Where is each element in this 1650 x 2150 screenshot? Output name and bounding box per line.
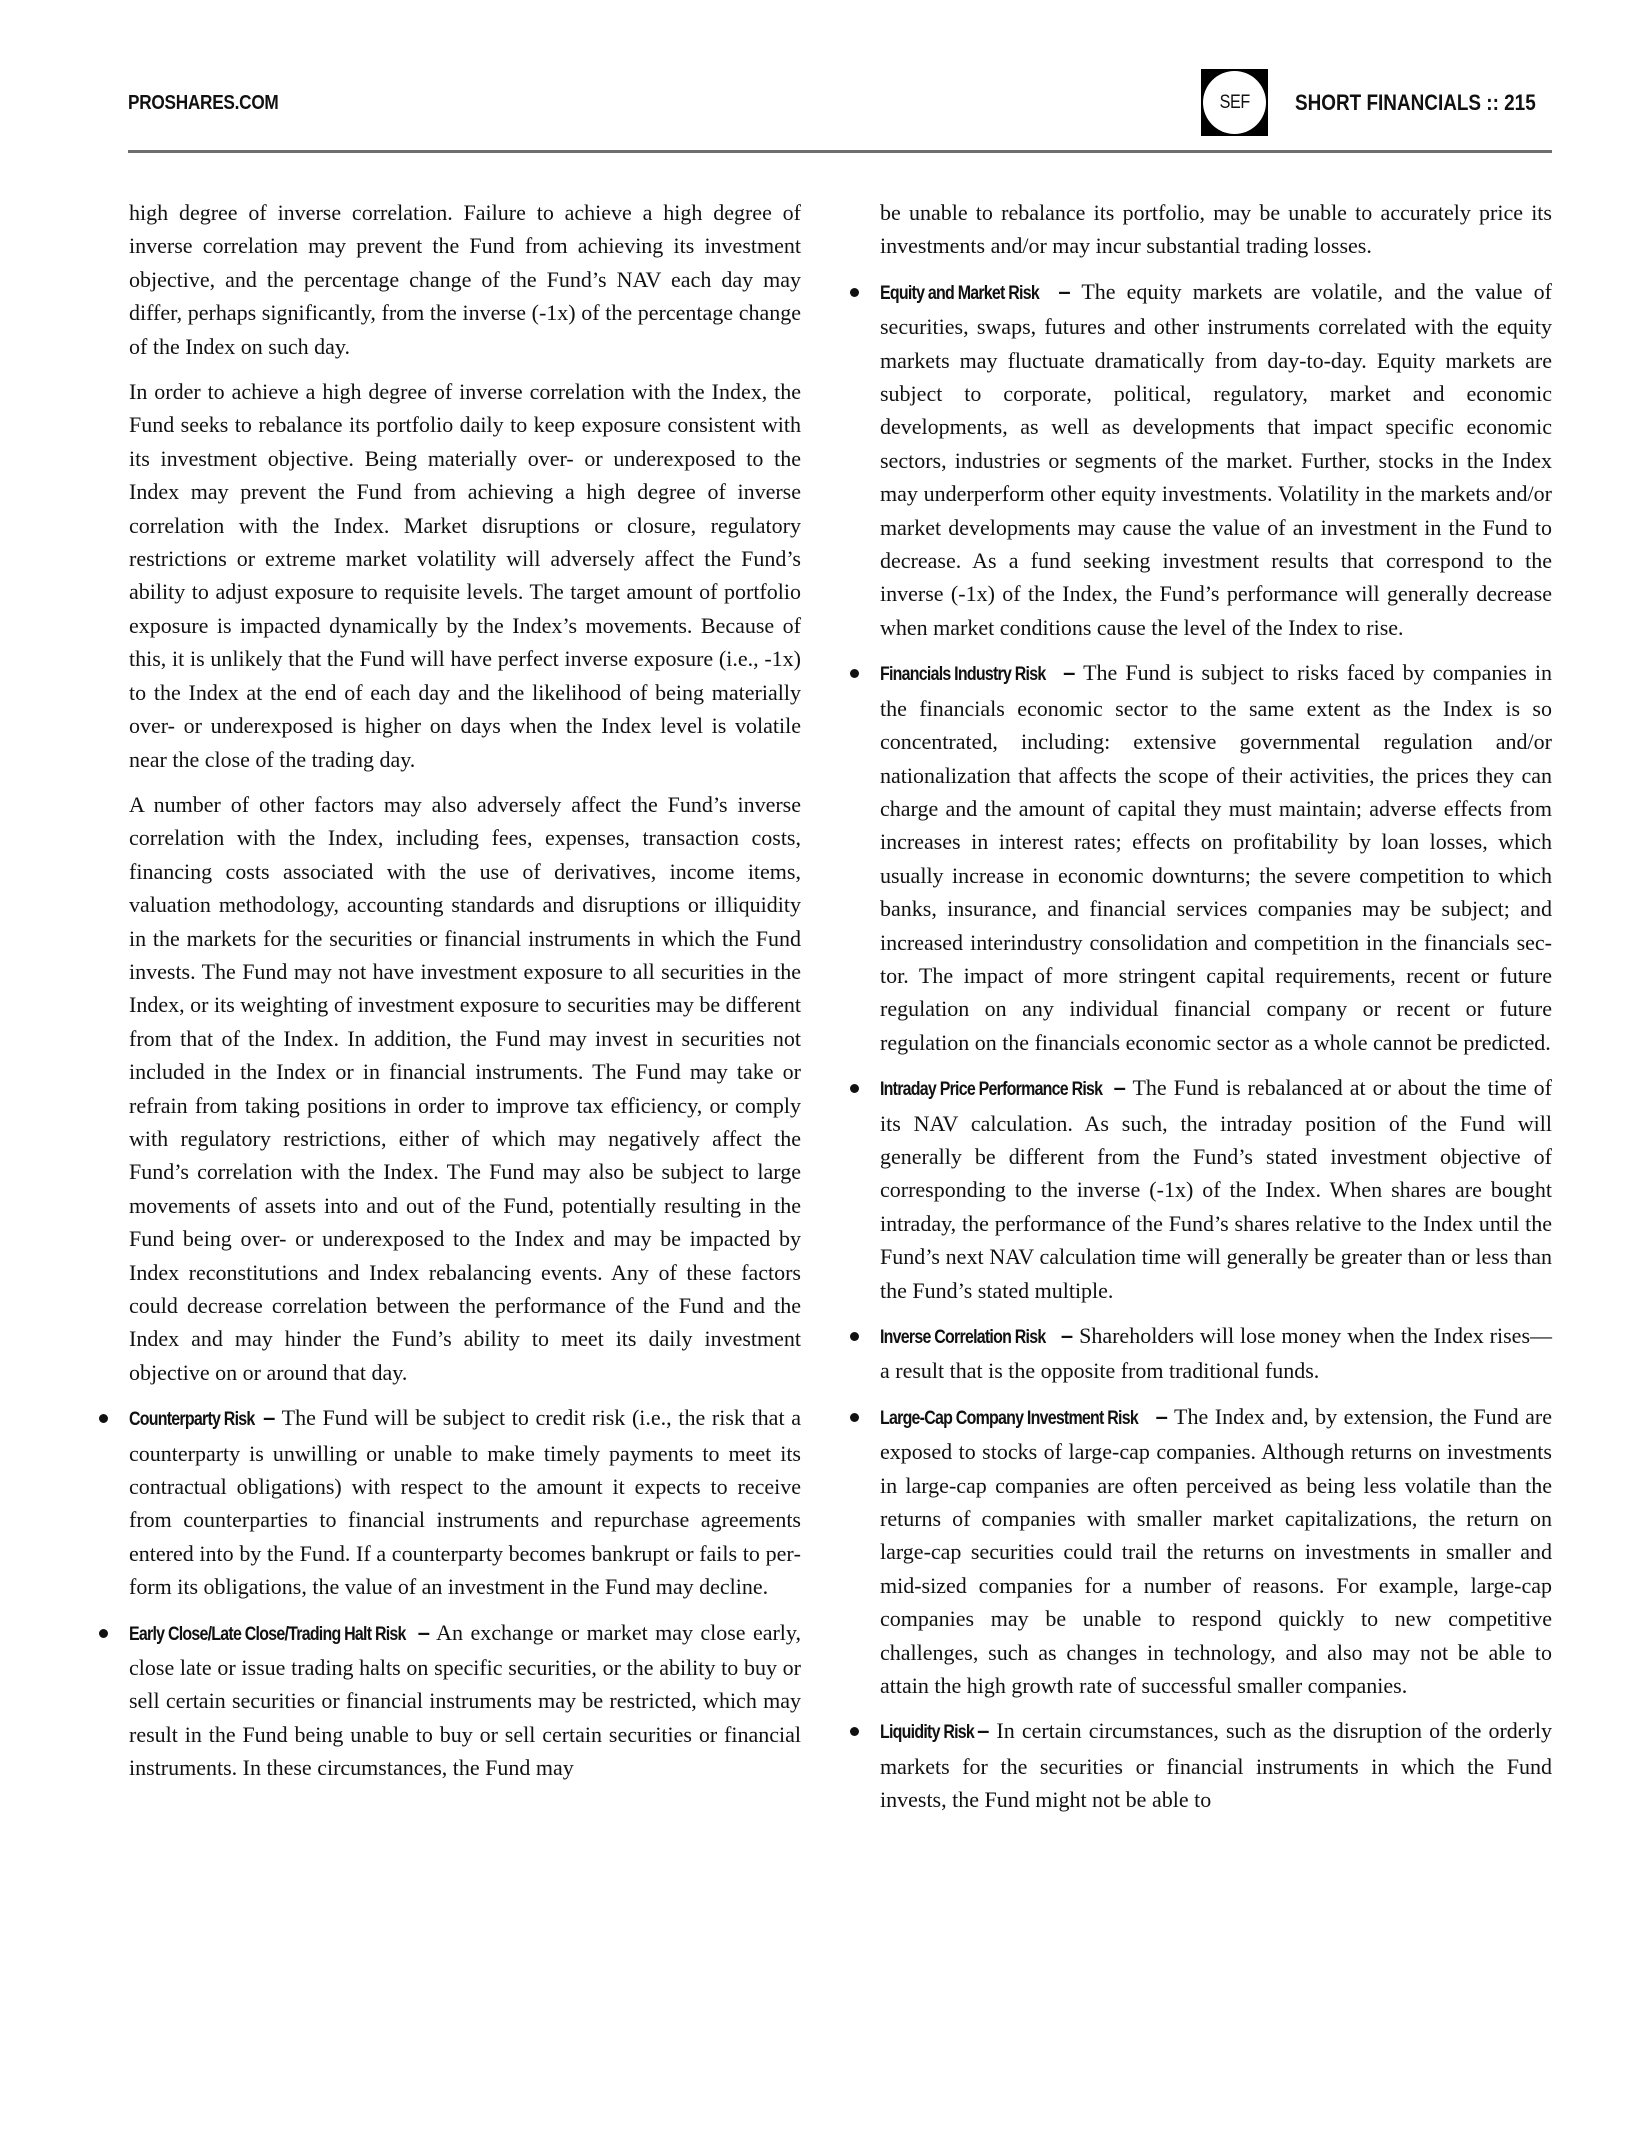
site-name: PROSHARES.COM [128, 92, 279, 115]
risk-text: The equity markets are volatile, and the… [880, 279, 1552, 640]
risk-item-financials-industry: Financials Industry Risk – The Fund is s… [880, 656, 1552, 1059]
risk-text: The Index and, by extension, the Fund ar… [880, 1404, 1552, 1698]
bullet-icon [99, 1414, 108, 1423]
page-title: SHORT FINANCIALS :: 215 [1295, 90, 1536, 116]
paragraph: high degree of inverse correlation. Fail… [129, 196, 801, 363]
bullet-icon [99, 1629, 108, 1638]
risk-text: The Fund is subject to risks faced by co… [880, 660, 1552, 1054]
header-divider [128, 150, 1552, 153]
bullet-icon [850, 288, 859, 297]
logo-ticker-text: SEF [1219, 92, 1249, 114]
dash-separator: – [1063, 660, 1075, 685]
dash-separator: – [1058, 279, 1070, 304]
risk-item-inverse-correlation: Inverse Correlation Risk – Shareholders … [880, 1319, 1552, 1388]
risk-item-counterparty: Counterparty Risk – The Fund will be sub… [129, 1401, 801, 1603]
risk-label: Financials Industry Risk [880, 658, 1045, 691]
risk-label: Early Close/Late Close/Trading Halt Risk [129, 1618, 406, 1651]
bullet-icon [850, 669, 859, 678]
risk-label: Intraday Price Performance Risk [880, 1073, 1102, 1106]
dash-separator: – [263, 1405, 275, 1430]
risk-text: The Fund is rebalanced at or about the t… [880, 1075, 1552, 1302]
risk-label: Inverse Correlation Risk [880, 1321, 1045, 1354]
dash-separator: – [1114, 1075, 1126, 1100]
risk-label: Equity and Market Risk [880, 277, 1039, 310]
logo-circle: SEF [1203, 71, 1266, 134]
right-column: be unable to rebalance its portfolio, ma… [880, 196, 1552, 1829]
dash-separator: – [977, 1718, 989, 1743]
risk-label: Liquidity Risk [880, 1716, 974, 1749]
paragraph: In order to achieve a high degree of inv… [129, 375, 801, 776]
paragraph: be unable to rebalance its portfolio, ma… [880, 196, 1552, 263]
dash-separator: – [1061, 1323, 1073, 1348]
risk-item-equity-market: Equity and Market Risk – The equity mark… [880, 275, 1552, 644]
risk-label: Large-Cap Company Investment Risk [880, 1402, 1138, 1435]
bullet-icon [850, 1084, 859, 1093]
bullet-icon [850, 1332, 859, 1341]
bullet-icon [850, 1727, 859, 1736]
risk-item-liquidity: Liquidity Risk – In certain circumstance… [880, 1714, 1552, 1816]
dash-separator: – [1156, 1404, 1168, 1429]
fund-ticker-logo: SEF [1201, 69, 1268, 136]
bullet-icon [850, 1413, 859, 1422]
risk-item-large-cap: Large-Cap Company Investment Risk – The … [880, 1400, 1552, 1703]
left-column: high degree of inverse correlation. Fail… [129, 196, 801, 1797]
risk-item-intraday-price: Intraday Price Performance Risk – The Fu… [880, 1071, 1552, 1307]
risk-item-early-close: Early Close/Late Close/Trading Halt Risk… [129, 1616, 801, 1785]
paragraph: A number of other factors may also adver… [129, 788, 801, 1389]
dash-separator: – [418, 1620, 430, 1645]
risk-label: Counterparty Risk [129, 1403, 255, 1436]
